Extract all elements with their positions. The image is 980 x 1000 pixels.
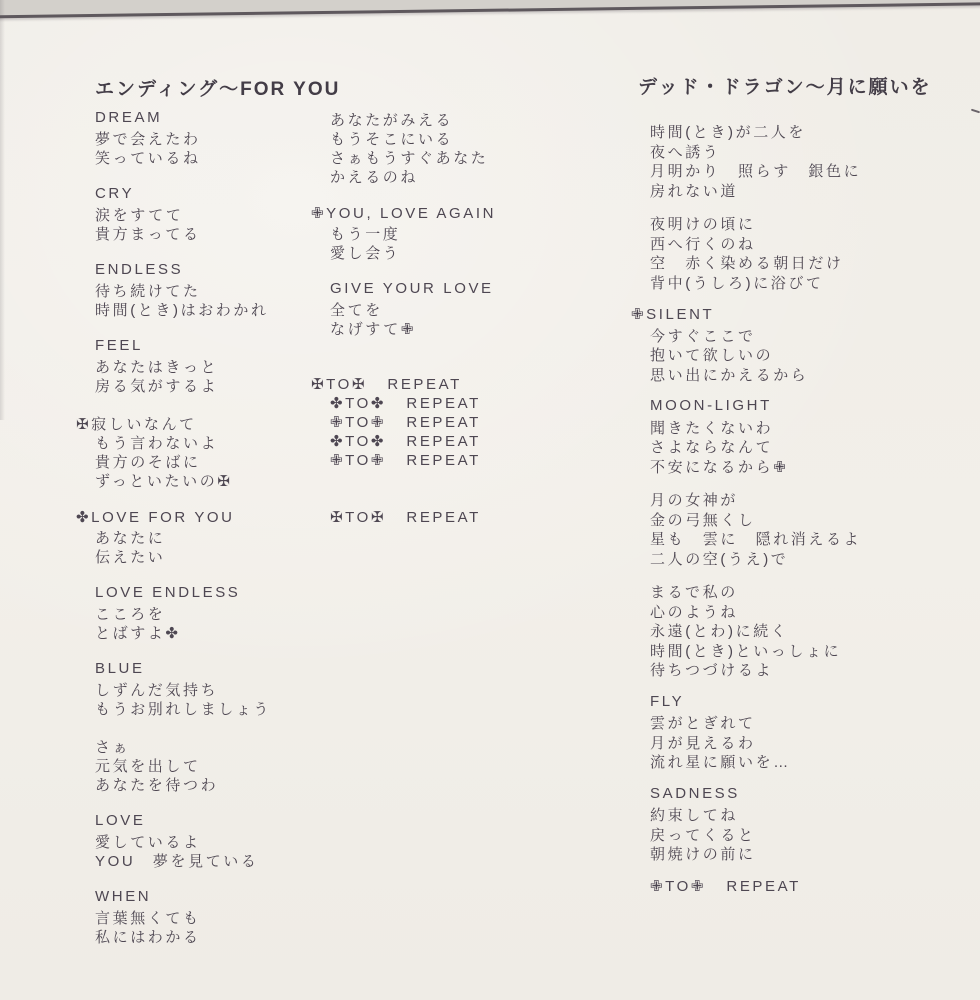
stanza: LOVE愛しているよYOU 夢を見ている: [95, 812, 271, 869]
lyric-line: DREAM: [95, 109, 271, 128]
stanza: FLY雲がとぎれて月が見えるわ流れ星に願いを…: [650, 693, 861, 771]
lyric-line: かえるのね: [330, 166, 496, 185]
lyric-line: 時間(とき)が二人を: [650, 121, 861, 141]
lyric-line: もう言わないよ: [95, 432, 271, 451]
lyric-line: 心のようね: [650, 601, 861, 621]
lyric-line: 房れない道: [650, 180, 861, 200]
lyric-line: 月の女神が: [650, 489, 861, 509]
lyric-line: なげすて✙: [330, 318, 496, 337]
lyric-line: 流れ星に願いを…: [650, 751, 861, 771]
lyric-line: YOU 夢を見ている: [95, 850, 271, 869]
lyric-line: ✙SILENT: [650, 305, 861, 325]
lyric-line: もう一度: [330, 223, 496, 242]
lyric-line: BLUE: [95, 660, 271, 679]
lyric-line: FEEL: [95, 337, 271, 356]
lyric-line: さよならなんて: [650, 436, 861, 456]
lyric-line: しずんだ気持ち: [95, 679, 271, 698]
stanza: MOON-LIGHT聞きたくないわさよならなんて不安になるから✙: [650, 397, 861, 475]
lyric-line: 永遠(とわ)に続く: [650, 620, 861, 640]
lyric-line: まるで私の: [650, 581, 861, 601]
stanza: GIVE YOUR LOVE全てをなげすて✙: [330, 280, 496, 337]
lyric-line: 雲がとぎれて: [650, 712, 861, 732]
lyric-line: ✙TO✙ REPEAT: [330, 413, 496, 432]
stanza: さぁ元気を出してあなたを待つわ: [95, 736, 271, 793]
lyric-line: あなたに: [95, 527, 271, 546]
lyric-line: 二人の空(うえ)で: [650, 548, 861, 568]
lyric-line: 金の弓無くし: [650, 509, 861, 529]
stanza: ✙YOU, LOVE AGAINもう一度愛し会う: [330, 204, 496, 261]
lyric-line: 月が見えるわ: [650, 732, 861, 752]
stanza: SADNESS約束してね戻ってくると朝焼けの前に: [650, 785, 861, 863]
lyric-line: GIVE YOUR LOVE: [330, 280, 496, 299]
lyric-line: 約束してね: [650, 804, 861, 824]
lyric-line: 全てを: [330, 299, 496, 318]
stanza: 夜明けの頃に西へ行くのね空 赤く染める朝日だけ背中(うしろ)に浴びて: [650, 213, 861, 291]
lyric-line: ✠TO✠ REPEAT: [330, 375, 496, 394]
lyric-line: 涙をすてて: [95, 204, 271, 223]
lyric-line: LOVE: [95, 812, 271, 831]
stanza: DREAM夢で会えたわ笑っているね: [95, 109, 271, 166]
lyrics-column-middle: あなたがみえるもうそこにいるさぁもうすぐあなたかえるのね✙YOU, LOVE A…: [330, 109, 496, 527]
lyric-line: WHEN: [95, 888, 271, 907]
lyric-line: 西へ行くのね: [650, 233, 861, 253]
lyric-line: もうお別れしましょう: [95, 698, 271, 717]
lyrics-column-left: DREAM夢で会えたわ笑っているねCRY涙をすてて貴方まってるENDLESS待ち…: [95, 109, 271, 945]
stanza: BLUEしずんだ気持ちもうお別れしましょう: [95, 660, 271, 717]
stanza: ✤LOVE FOR YOUあなたに伝えたい: [95, 508, 271, 565]
lyric-line: さぁ: [95, 736, 271, 755]
stanza: あなたがみえるもうそこにいるさぁもうすぐあなたかえるのね: [330, 109, 496, 185]
lyric-line: もうそこにいる: [330, 128, 496, 147]
lyric-line: 夜明けの頃に: [650, 213, 861, 233]
lyric-line: あなたがみえる: [330, 109, 496, 128]
lyric-line: ENDLESS: [95, 261, 271, 280]
lyric-line: 不安になるから✙: [650, 456, 861, 476]
lyric-line: 伝えたい: [95, 546, 271, 565]
stanza: ✠TO✠ REPEAT: [330, 508, 496, 527]
stanza: まるで私の心のようね永遠(とわ)に続く時間(とき)といっしょに待ちつづけるよ: [650, 581, 861, 679]
lyric-line: 貴方のそばに: [95, 451, 271, 470]
lyric-line: 時間(とき)はおわかれ: [95, 299, 271, 318]
lyric-line: ✙YOU, LOVE AGAIN: [330, 204, 496, 223]
lyric-line: 私にはわかる: [95, 926, 271, 945]
lyric-line: 愛し会う: [330, 242, 496, 261]
lyric-line: MOON-LIGHT: [650, 397, 861, 417]
lyric-line: CRY: [95, 185, 271, 204]
lyric-line: LOVE ENDLESS: [95, 584, 271, 603]
lyric-line: 聞きたくないわ: [650, 417, 861, 437]
stanza: CRY涙をすてて貴方まってる: [95, 185, 271, 242]
lyric-line: ✤LOVE FOR YOU: [95, 508, 271, 527]
stanza: LOVE ENDLESSこころをとばすよ✤: [95, 584, 271, 641]
stanza: ✠寂しいなんてもう言わないよ貴方のそばにずっといたいの✠: [95, 413, 271, 489]
lyric-line: ずっといたいの✠: [95, 470, 271, 489]
stanza: ✙TO✙ REPEAT: [650, 877, 861, 897]
scanned-lyrics-page: { "document": { "kind": "scanned CD book…: [0, 0, 980, 1000]
song-title-dead-dragon: デッド・ドラゴン～月に願いを: [638, 72, 932, 99]
lyric-line: 時間(とき)といっしょに: [650, 640, 861, 660]
lyric-line: ✙TO✙ REPEAT: [650, 877, 861, 897]
lyric-line: 待ち続けてた: [95, 280, 271, 299]
lyric-line: 待ちつづけるよ: [650, 659, 861, 679]
lyric-line: 朝焼けの前に: [650, 843, 861, 863]
lyric-line: 空 赤く染める朝日だけ: [650, 252, 861, 272]
lyric-line: 思い出にかえるから: [650, 364, 861, 384]
stanza: FEELあなたはきっと房る気がするよ: [95, 337, 271, 394]
lyric-line: 夜へ誘う: [650, 141, 861, 161]
lyric-line: 抱いて欲しいの: [650, 344, 861, 364]
lyric-line: ✠TO✠ REPEAT: [330, 508, 496, 527]
lyric-line: ✤TO✤ REPEAT: [330, 432, 496, 451]
lyric-line: ✤TO✤ REPEAT: [330, 394, 496, 413]
song-title-ending-for-you: エンディング～FOR YOU: [95, 74, 340, 101]
lyric-line: 今すぐここで: [650, 325, 861, 345]
lyric-line: 月明かり 照らす 銀色に: [650, 160, 861, 180]
lyric-line: こころを: [95, 603, 271, 622]
lyric-line: 背中(うしろ)に浴びて: [650, 272, 861, 292]
lyric-line: 愛しているよ: [95, 831, 271, 850]
lyric-line: 夢で会えたわ: [95, 128, 271, 147]
stanza: WHEN言葉無くても私にはわかる: [95, 888, 271, 945]
lyric-line: 星も 雲に 隠れ消えるよ: [650, 528, 861, 548]
lyric-line: 言葉無くても: [95, 907, 271, 926]
lyric-line: さぁもうすぐあなた: [330, 147, 496, 166]
lyric-line: 元気を出して: [95, 755, 271, 774]
lyric-line: あなたを待つわ: [95, 774, 271, 793]
lyric-line: 貴方まってる: [95, 223, 271, 242]
scan-left-edge-shade: [0, 0, 5, 420]
stanza: 月の女神が金の弓無くし星も 雲に 隠れ消えるよ二人の空(うえ)で: [650, 489, 861, 567]
stanza: 時間(とき)が二人を夜へ誘う月明かり 照らす 銀色に房れない道: [650, 121, 861, 199]
lyrics-column-right: 時間(とき)が二人を夜へ誘う月明かり 照らす 銀色に房れない道夜明けの頃に西へ行…: [650, 107, 861, 896]
lyric-line: ✙TO✙ REPEAT: [330, 451, 496, 470]
lyric-line: ✠寂しいなんて: [95, 413, 271, 432]
lyric-line: 戻ってくると: [650, 824, 861, 844]
lyric-line: SADNESS: [650, 785, 861, 805]
lyric-line: あなたはきっと: [95, 356, 271, 375]
lyric-line: 笑っているね: [95, 147, 271, 166]
lyric-line: 房る気がするよ: [95, 375, 271, 394]
stanza: ENDLESS待ち続けてた時間(とき)はおわかれ: [95, 261, 271, 318]
stanza: ✠TO✠ REPEAT✤TO✤ REPEAT✙TO✙ REPEAT✤TO✤ RE…: [330, 375, 496, 470]
stanza: ✙SILENT今すぐここで抱いて欲しいの思い出にかえるから: [650, 305, 861, 383]
lyric-line: とばすよ✤: [95, 622, 271, 641]
lyric-line: FLY: [650, 693, 861, 713]
